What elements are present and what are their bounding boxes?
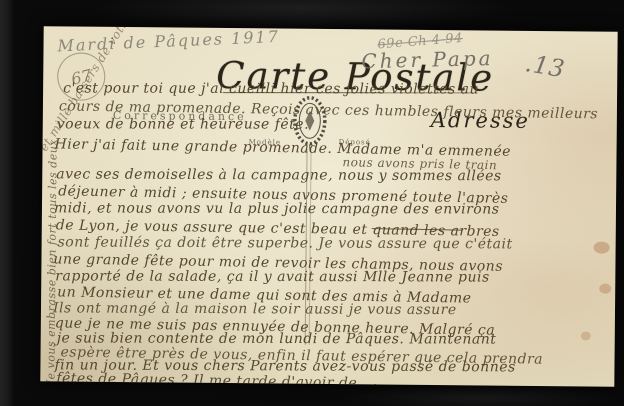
salutation: Cher Papa: [361, 46, 494, 73]
message-line: avec ses demoiselles à la campagne, nous…: [56, 166, 501, 184]
message-line: voeux de bonne et heureuse fête.: [57, 116, 309, 132]
pencil-number: .13: [523, 49, 567, 83]
message-line: vos nouvelles, voilà nous fais que je vo…: [52, 382, 405, 386]
message-line: rapporté de la salade, ça il y avait aus…: [55, 268, 489, 285]
stain-spot: [594, 242, 610, 254]
photo-backdrop: Carte Postale Correspondance Adresse Mod…: [0, 0, 624, 406]
postcard: Carte Postale Correspondance Adresse Mod…: [40, 26, 617, 386]
strike-line: [223, 92, 473, 93]
message-line: c'est pour toi que j'ai cueilli hier ces…: [63, 80, 479, 97]
stain-spot: [599, 284, 611, 294]
message-line: midi, et nous avons vu la plus jolie cam…: [54, 200, 500, 217]
message-line: sont feuillés ça doit être superbe. Je v…: [58, 234, 513, 252]
stain-spot: [581, 331, 591, 340]
date-annotation: Mardi de Pâques 1917: [57, 27, 280, 55]
